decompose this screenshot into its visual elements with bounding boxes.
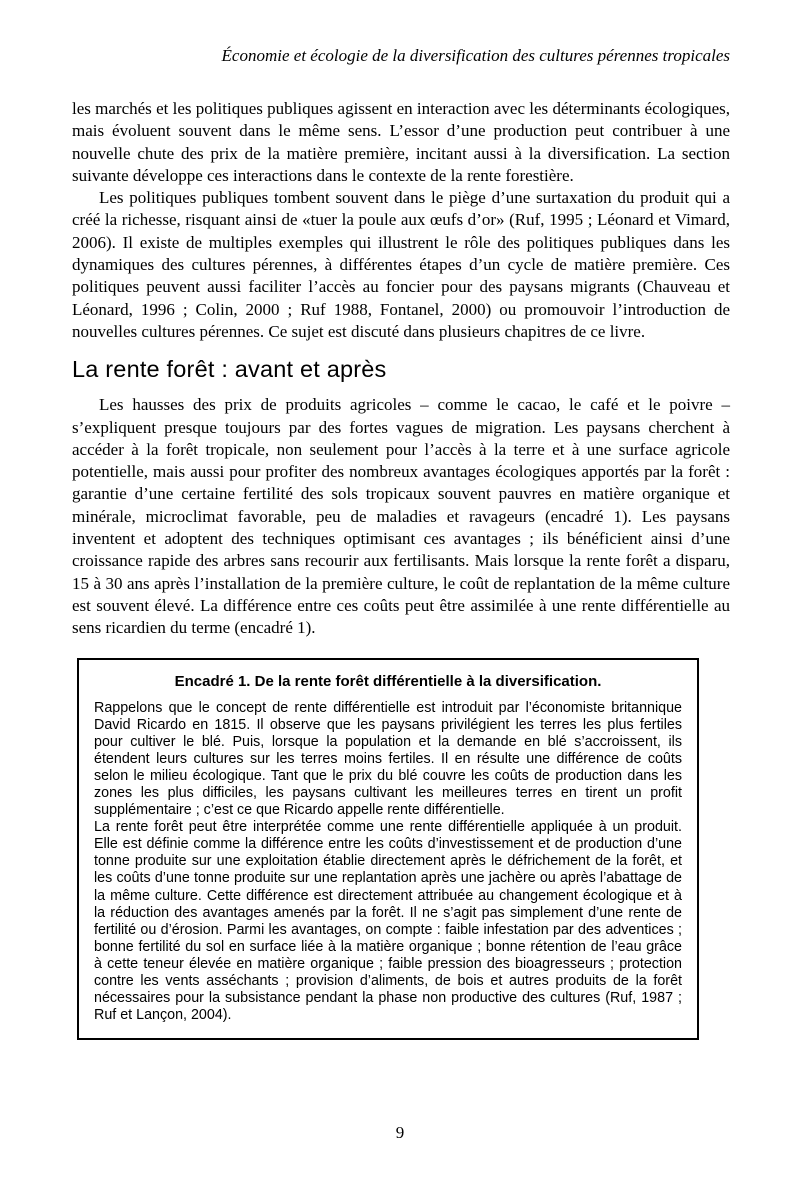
- encadre-title: Encadré 1. De la rente forêt différentie…: [94, 672, 682, 691]
- body-paragraph-1: les marchés et les politiques publiques …: [72, 98, 730, 187]
- running-header: Économie et écologie de la diversificati…: [72, 46, 730, 66]
- document-page: Économie et écologie de la diversificati…: [0, 0, 800, 1200]
- page-content-column: Économie et écologie de la diversificati…: [72, 46, 730, 1040]
- encadre-paragraph-2: La rente forêt peut être interprétée com…: [94, 819, 682, 1024]
- body-paragraph-3: Les hausses des prix de produits agricol…: [72, 394, 730, 639]
- section-heading: La rente forêt : avant et après: [72, 355, 730, 383]
- encadre-box: Encadré 1. De la rente forêt différentie…: [77, 658, 699, 1041]
- page-number: 9: [0, 1123, 800, 1143]
- encadre-paragraph-1: Rappelons que le concept de rente différ…: [94, 700, 682, 820]
- body-paragraph-2: Les politiques publiques tombent souvent…: [72, 187, 730, 343]
